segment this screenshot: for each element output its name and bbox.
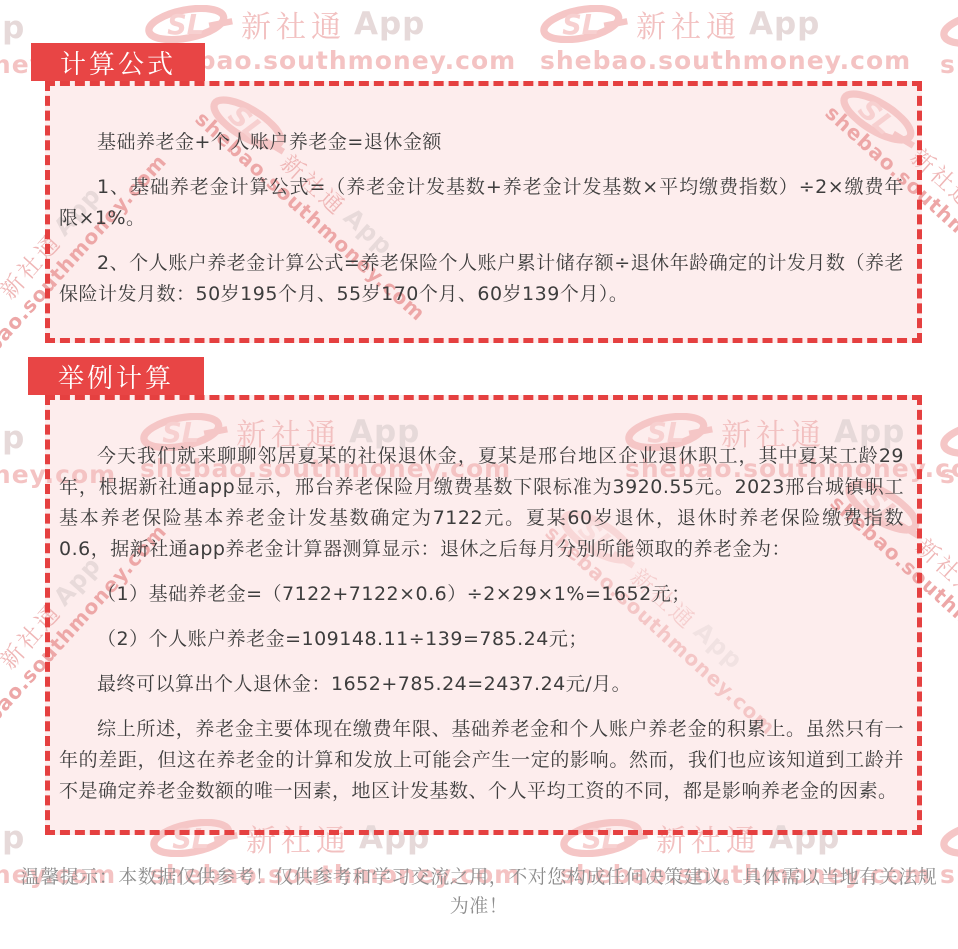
sl-swoosh-logo-icon: SL <box>940 419 958 457</box>
watermark-brand-suffix: App <box>0 420 25 456</box>
formula-basic-pension: 1、基础养老金计算公式=（养老金计发基数+养老金计发基数×平均缴费指数）÷2×缴… <box>59 172 904 234</box>
example-conclusion: 综上所述，养老金主要体现在缴费年限、基础养老金和个人账户养老金的积累上。虽然只有… <box>59 714 904 807</box>
section-title: 计算公式 <box>60 44 176 81</box>
section-title-badge-example: 举例计算 <box>28 357 204 395</box>
example-basic-pension-calc: （1）基础养老金=（7122+7122×0.6）÷2×29×1%=1652元； <box>59 579 904 610</box>
watermark-brand-line: SL 新社通 App <box>940 8 958 48</box>
watermark-brand-line: SL 新社通 App <box>940 418 958 458</box>
watermark-brand-suffix: App <box>0 820 25 856</box>
watermark-domain: shebao.southmoney.com <box>940 460 958 489</box>
logo-text: SL <box>167 10 204 41</box>
formula-panel: 基础养老金+个人账户养老金=退休金额 1、基础养老金计算公式=（养老金计发基数+… <box>45 81 922 343</box>
watermark-brand-suffix: App <box>0 10 25 46</box>
watermark-brand-line: SL 新社通 App <box>145 4 516 44</box>
example-intro: 今天我们就来聊聊邻居夏某的社保退休金，夏某是邢台地区企业退休职工，其中夏某工龄2… <box>59 441 904 565</box>
watermark-brand-cn: 新社通 <box>241 2 346 46</box>
watermark-brand-line: SL 新社通 App <box>0 8 116 48</box>
formula-panel-content: 基础养老金+个人账户养老金=退休金额 1、基础养老金计算公式=（养老金计发基数+… <box>45 81 922 334</box>
watermark-brand-suffix: App <box>749 6 820 42</box>
logo-text: SL <box>562 10 599 41</box>
section-title-badge-formula: 计算公式 <box>31 43 205 81</box>
watermark-brand-line: SL 新社通 App <box>540 4 911 44</box>
example-panel-content: 今天我们就来聊聊邻居夏某的社保退休金，夏某是邢台地区企业退休职工，其中夏某工龄2… <box>45 395 922 831</box>
example-personal-account-calc: （2）个人账户养老金=109148.11÷139=785.24元； <box>59 624 904 655</box>
brand-watermark: SL 新社通 App shebao.southmoney.com <box>940 8 958 79</box>
watermark-brand-cn: 新社通 <box>636 2 741 46</box>
watermark-brand-line: SL 新社通 App <box>940 818 958 858</box>
sl-swoosh-logo-icon: SL <box>540 5 628 43</box>
brand-watermark: SL 新社通 App shebao.southmoney.com <box>940 418 958 489</box>
example-panel: 今天我们就来聊聊邻居夏某的社保退休金，夏某是邢台地区企业退休职工，其中夏某工龄2… <box>45 395 922 835</box>
sl-swoosh-logo-icon: SL <box>940 9 958 47</box>
watermark-domain: shebao.southmoney.com <box>540 46 911 75</box>
sl-swoosh-logo-icon: SL <box>940 819 958 857</box>
sl-swoosh-logo-icon: SL <box>0 655 14 746</box>
disclaimer-text: 温馨提示：本数据仅供参考！仅供参考和学习交流之用，不对您构成任何决策建议。具体需… <box>14 863 944 921</box>
formula-personal-account: 2、个人账户养老金计算公式=养老保险个人账户累计储存额÷退休年龄确定的计发月数（… <box>59 248 904 310</box>
sl-swoosh-logo-icon: SL <box>145 5 233 43</box>
formula-summary: 基础养老金+个人账户养老金=退休金额 <box>59 127 904 158</box>
section-title: 举例计算 <box>58 358 174 395</box>
brand-watermark: SL 新社通 App shebao.southmoney.com <box>540 4 911 75</box>
watermark-domain: shebao.southmoney.com <box>940 50 958 79</box>
sl-swoosh-logo-icon: SL <box>0 285 14 376</box>
example-total-pension: 最终可以算出个人退休金：1652+785.24=2437.24元/月。 <box>59 669 904 700</box>
footer: 温馨提示：本数据仅供参考！仅供参考和学习交流之用，不对您构成任何决策建议。具体需… <box>0 863 958 921</box>
watermark-brand-suffix: App <box>354 6 425 42</box>
